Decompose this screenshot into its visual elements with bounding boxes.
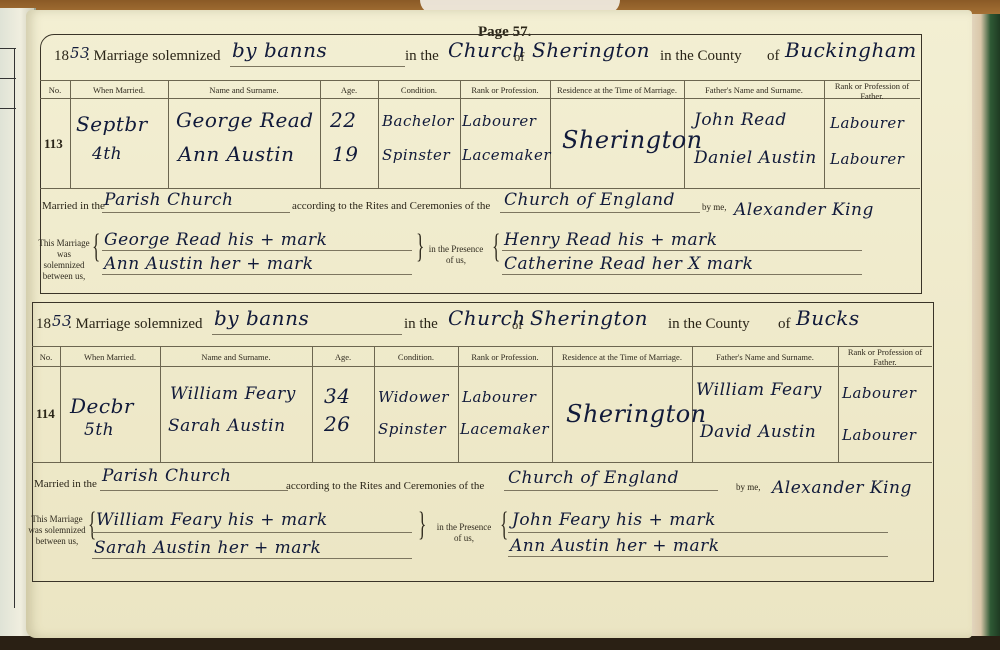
- groom-condition: Widower: [378, 388, 449, 406]
- groom-age: 22: [330, 108, 356, 132]
- bride-rank: Lacemaker: [462, 146, 551, 164]
- parish: Sherington: [532, 38, 650, 62]
- solemnized-by: by banns: [232, 38, 327, 62]
- groom-signature: George Read his + mark: [104, 230, 327, 250]
- groom-rank: Labourer: [462, 112, 536, 130]
- bride-father: Daniel Austin: [694, 148, 817, 168]
- register-number: 114: [36, 406, 55, 422]
- married-in: Parish Church: [104, 190, 233, 210]
- marriage-month: Decbr: [70, 394, 134, 418]
- bride-signature: Ann Austin her + mark: [104, 254, 314, 274]
- groom-rank: Labourer: [462, 388, 536, 406]
- bride-father-rank: Labourer: [830, 150, 904, 168]
- groom-age: 34: [324, 384, 350, 408]
- rites-of: Church of England: [504, 190, 675, 210]
- bride-age: 19: [332, 142, 358, 166]
- witness-2: Catherine Read her X mark: [504, 254, 753, 274]
- bride-name: Sarah Austin: [168, 416, 286, 436]
- book-edge: [968, 14, 1000, 636]
- groom-father: John Read: [694, 110, 787, 130]
- marriage-day: 4th: [92, 144, 122, 164]
- bride-rank: Lacemaker: [460, 420, 549, 438]
- groom-condition: Bachelor: [382, 112, 454, 130]
- groom-father-rank: Labourer: [842, 384, 916, 402]
- groom-name: George Read: [176, 108, 314, 132]
- residence: Sherington: [566, 400, 707, 428]
- bride-father: David Austin: [700, 422, 816, 442]
- desk-bottom: [0, 636, 1000, 650]
- residence: Sherington: [562, 126, 703, 154]
- groom-father-rank: Labourer: [830, 114, 904, 132]
- witness-1: Henry Read his + mark: [504, 230, 718, 250]
- county: Buckingham: [785, 38, 917, 62]
- bride-age: 26: [324, 412, 350, 436]
- register-number: 113: [44, 136, 63, 152]
- officiant: Alexander King: [734, 200, 874, 220]
- groom-father: William Feary: [696, 380, 822, 400]
- marriage-month: Septbr: [76, 112, 148, 136]
- bride-condition: Spinster: [378, 420, 446, 438]
- groom-name: William Feary: [170, 384, 296, 404]
- marriage-day: 5th: [84, 420, 114, 440]
- bride-name: Ann Austin: [178, 142, 294, 166]
- bride-father-rank: Labourer: [842, 426, 916, 444]
- bride-condition: Spinster: [382, 146, 450, 164]
